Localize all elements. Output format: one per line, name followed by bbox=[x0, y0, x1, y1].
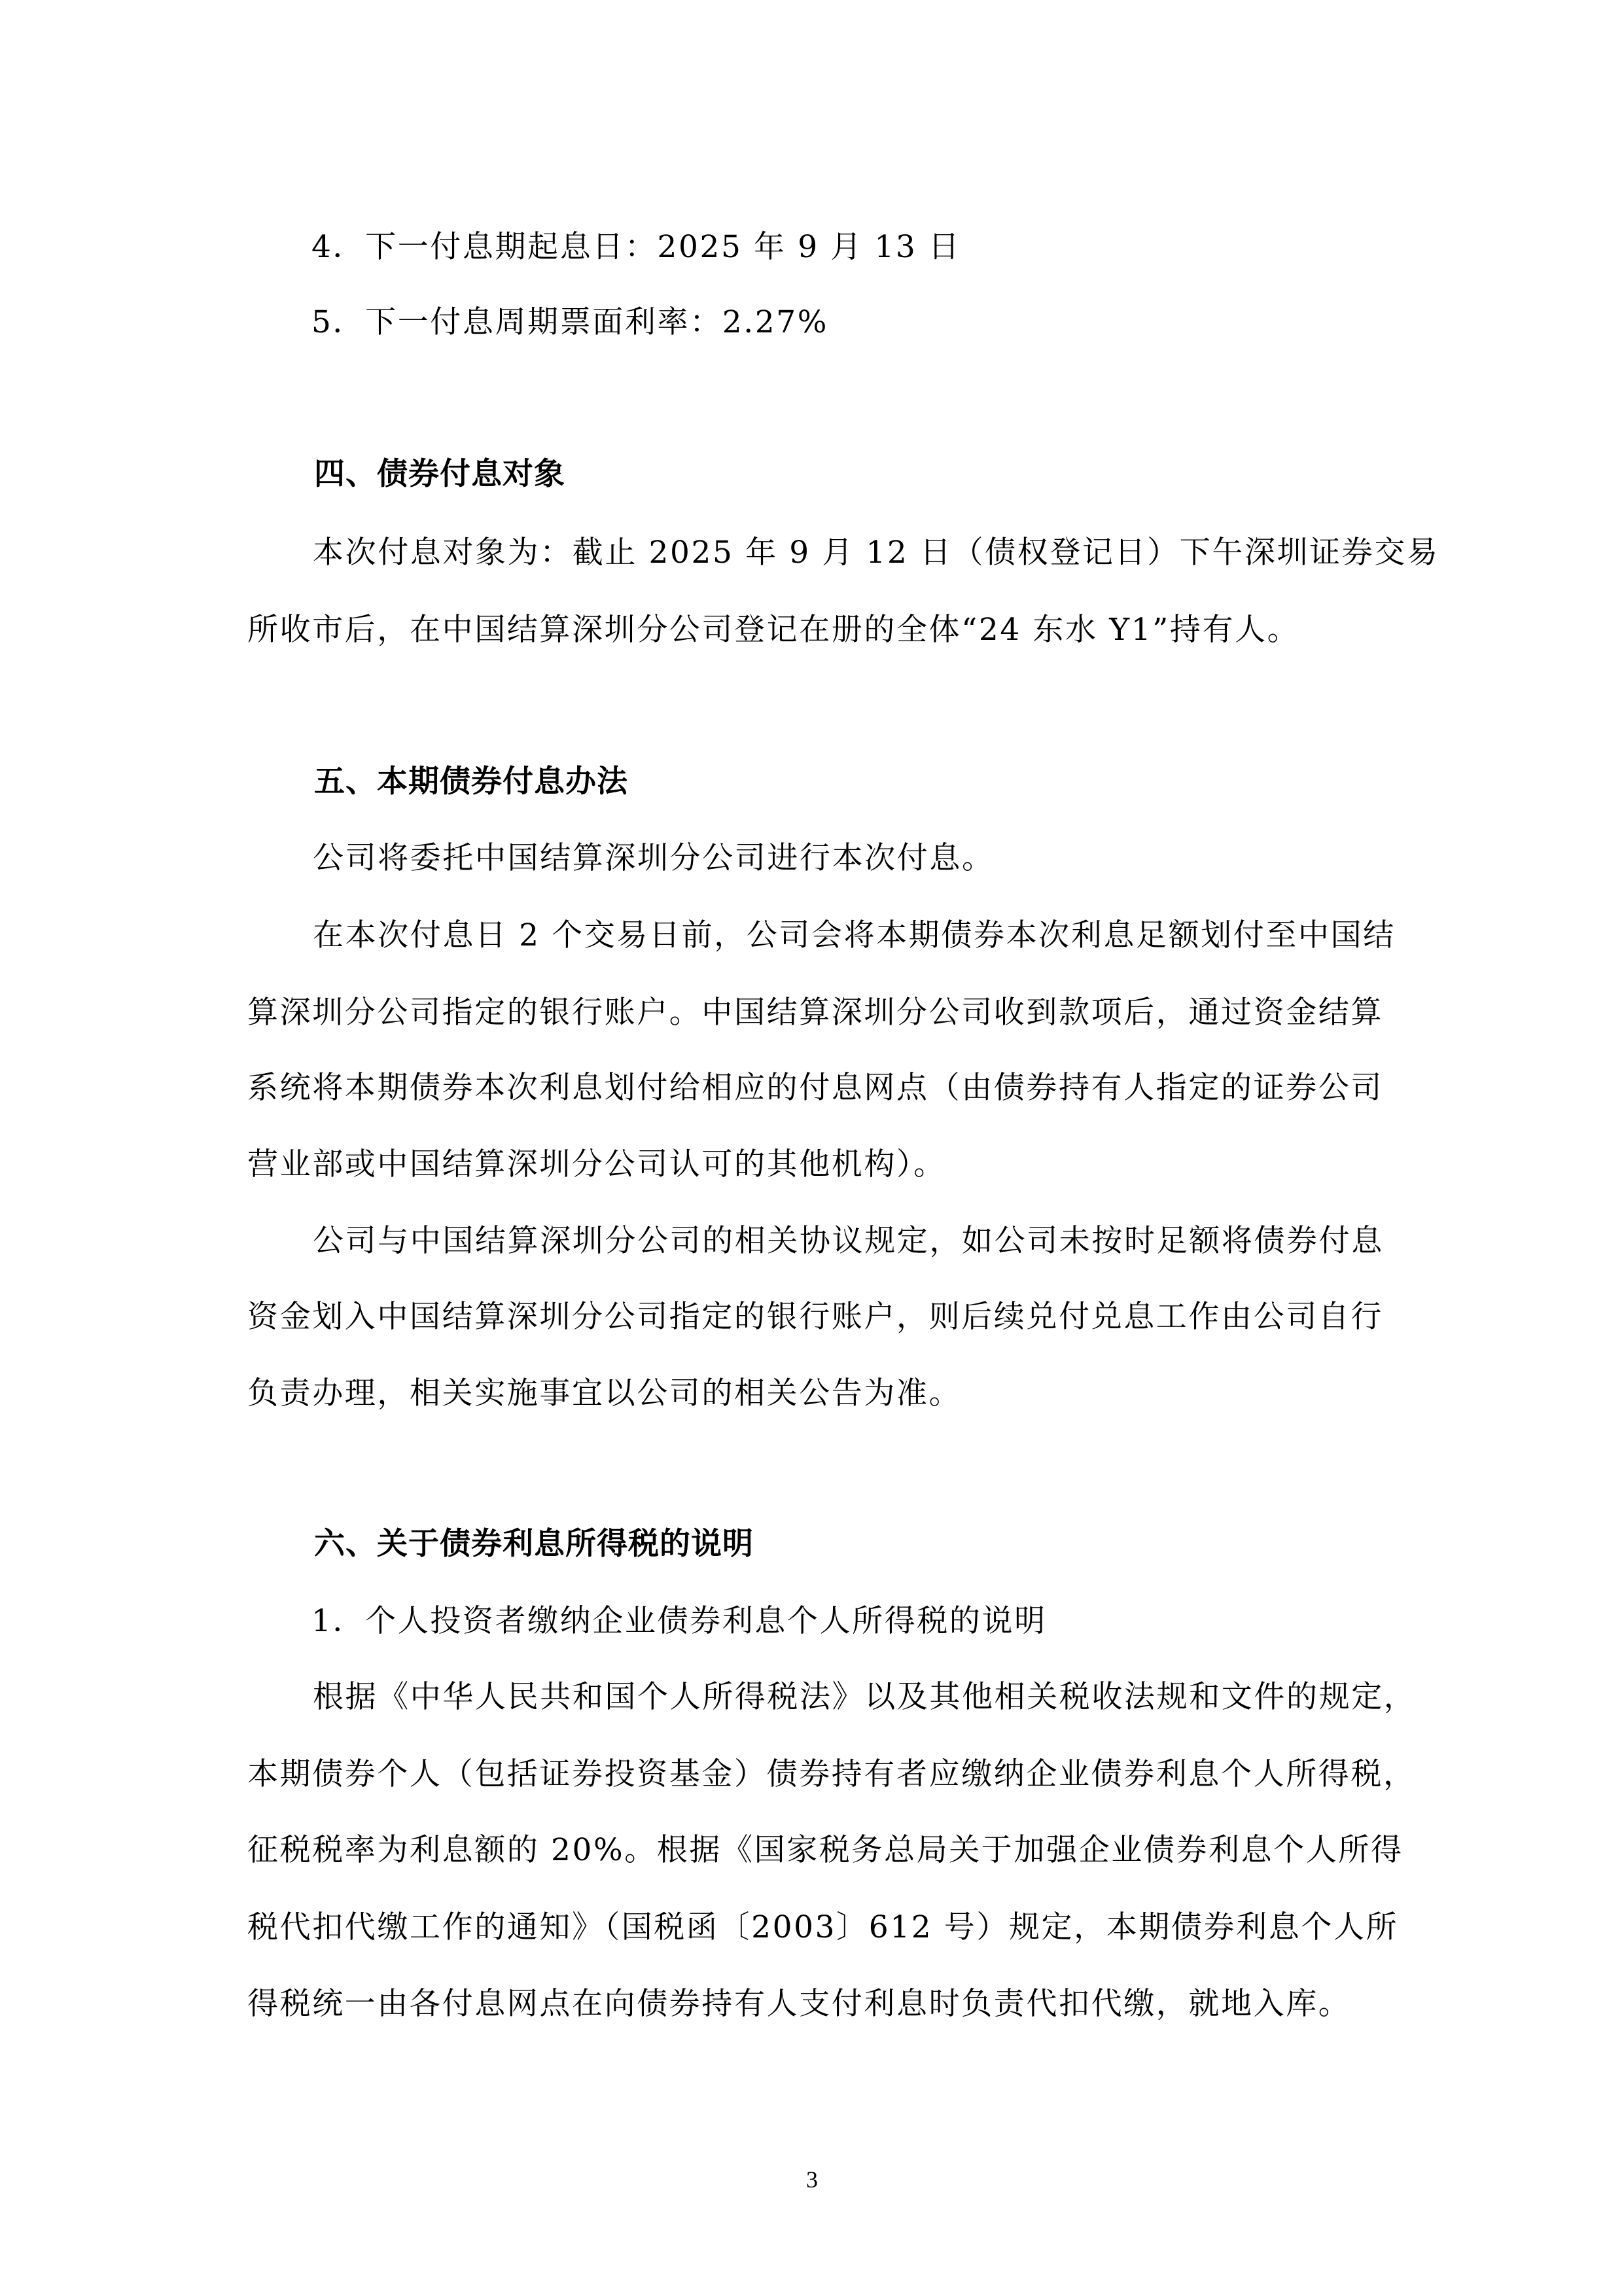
subheading-individual-investors-tax: 1．个人投资者缴纳企业债券利息个人所得税的说明 bbox=[311, 1602, 1047, 1641]
paragraph-line: 算深圳分公司指定的银行账户。中国结算深圳分公司收到款项后，通过资金结算 bbox=[247, 993, 1375, 1033]
paragraph-line: 征税税率为利息额的 20%。根据《国家税务总局关于加强企业债券利息个人所得 bbox=[247, 1831, 1375, 1870]
paragraph-line: 负责办理，相关实施事宜以公司的相关公告为准。 bbox=[247, 1374, 1375, 1413]
paragraph-line: 营业部或中国结算深圳分公司认可的其他机构）。 bbox=[247, 1145, 1375, 1184]
page-number: 3 bbox=[0, 2166, 1624, 2193]
section-heading-payment-method: 五、本期债券付息办法 bbox=[314, 762, 628, 802]
paragraph-line: 在本次付息日 2 个交易日前，公司会将本期债券本次利息足额划付至中国结 bbox=[313, 916, 1375, 955]
document-page: 4．下一付息期起息日：2025 年 9 月 13 日 5．下一付息周期票面利率：… bbox=[0, 0, 1624, 2296]
list-item-next-coupon-rate: 5．下一付息周期票面利率：2.27% bbox=[311, 303, 828, 342]
section-heading-payment-recipients: 四、债券付息对象 bbox=[314, 455, 565, 494]
paragraph-line: 本次付息对象为：截止 2025 年 9 月 12 日（债权登记日）下午深圳证券交… bbox=[313, 533, 1375, 573]
section-heading-interest-income-tax: 六、关于债券利息所得税的说明 bbox=[314, 1525, 754, 1564]
paragraph-line: 公司与中国结算深圳分公司的相关协议规定，如公司未按时足额将债券付息 bbox=[313, 1222, 1375, 1261]
paragraph-line: 资金划入中国结算深圳分公司指定的银行账户，则后续兑付兑息工作由公司自行 bbox=[247, 1298, 1375, 1337]
paragraph-line: 得税统一由各付息网点在向债券持有人支付利息时负责代扣代缴，就地入库。 bbox=[247, 1985, 1375, 2024]
paragraph-line: 系统将本期债券本次利息划付给相应的付息网点（由债券持有人指定的证券公司 bbox=[247, 1069, 1375, 1108]
paragraph-line: 公司将委托中国结算深圳分公司进行本次付息。 bbox=[313, 839, 1375, 878]
paragraph-line: 根据《中华人民共和国个人所得税法》以及其他相关税收法规和文件的规定， bbox=[313, 1678, 1375, 1717]
paragraph-line: 所收市后，在中国结算深圳分公司登记在册的全体“24 东水 Y1”持有人。 bbox=[247, 610, 1375, 650]
paragraph-line: 税代扣代缴工作的通知》（国税函〔2003〕612 号）规定，本期债券利息个人所 bbox=[247, 1908, 1375, 1947]
paragraph-line: 本期债券个人（包括证券投资基金）债券持有者应缴纳企业债券利息个人所得税， bbox=[247, 1755, 1375, 1794]
list-item-next-interest-start-date: 4．下一付息期起息日：2025 年 9 月 13 日 bbox=[311, 228, 961, 267]
